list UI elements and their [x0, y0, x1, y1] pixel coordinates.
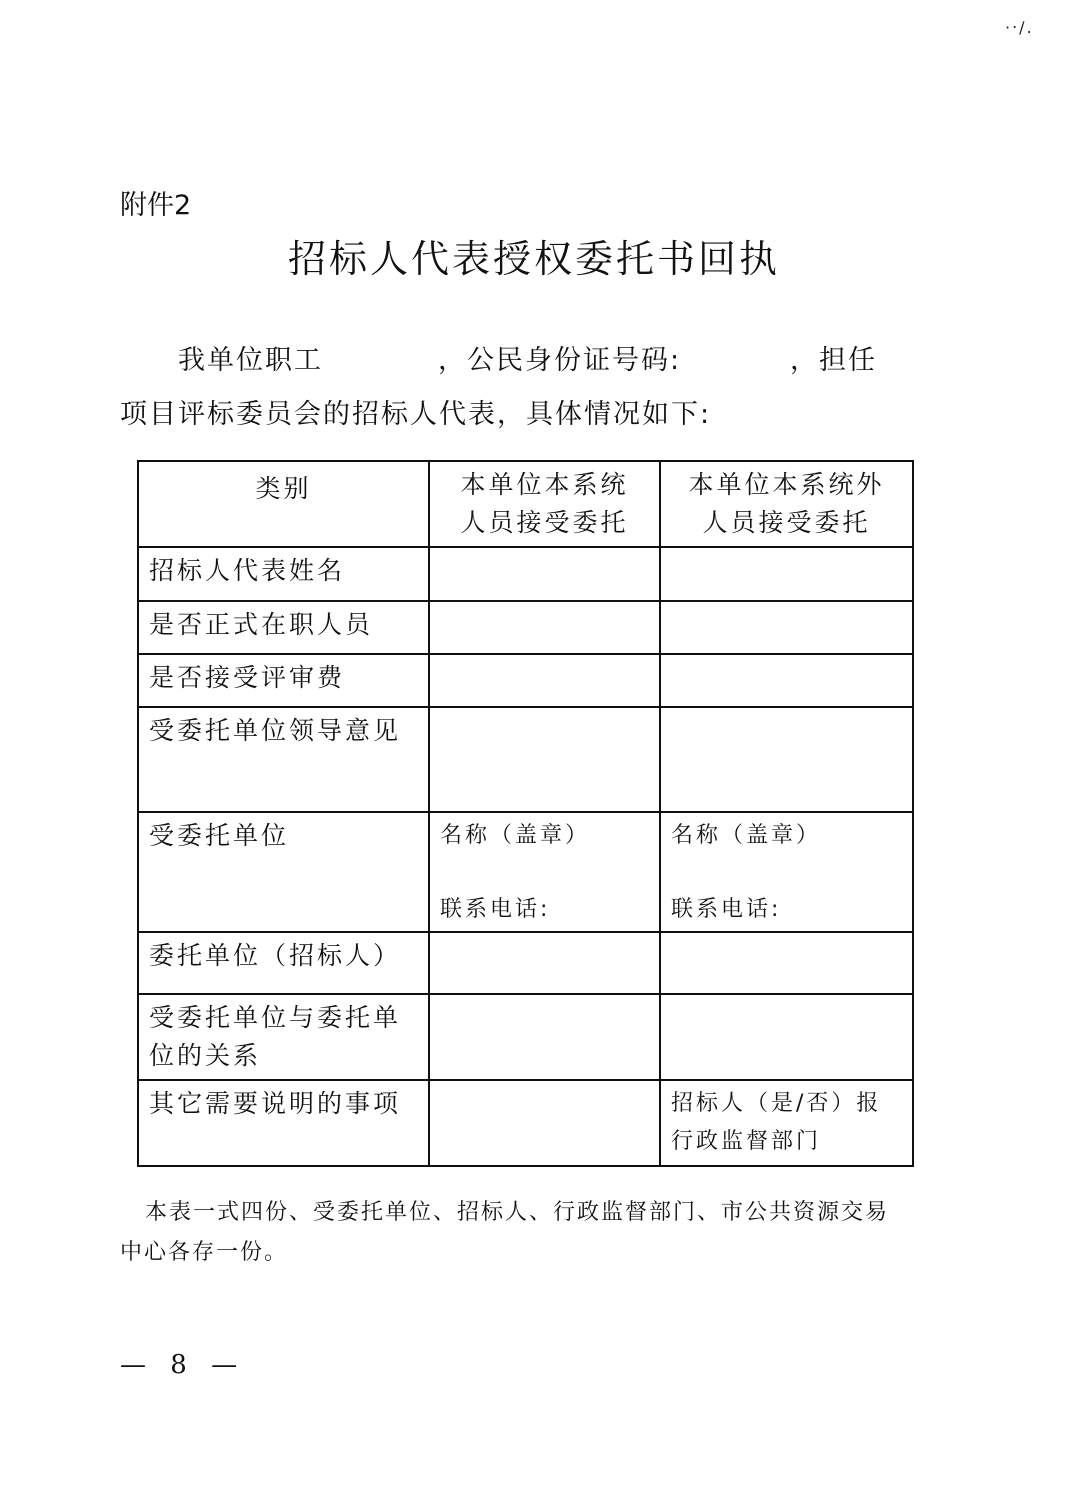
- row-label: 是否接受评审费: [138, 654, 429, 707]
- field-internal[interactable]: [429, 932, 660, 994]
- field-internal[interactable]: [429, 994, 660, 1080]
- table-row: 受委托单位 名称（盖章） 联系电话: 名称（盖章） 联系电话:: [138, 812, 913, 932]
- field-internal-unit[interactable]: 名称（盖章） 联系电话:: [429, 812, 660, 932]
- field-internal[interactable]: [429, 601, 660, 654]
- field-external[interactable]: [660, 547, 913, 601]
- authorization-table: 类别 本单位本系统 人员接受委托 本单位本系统外 人员接受委托 招标人代表姓名 …: [137, 460, 914, 1167]
- footnote-line2: 中心各存一份。: [120, 1235, 288, 1266]
- row-label: 受委托单位与委托单位的关系: [138, 994, 429, 1080]
- table-row: 委托单位（招标人）: [138, 932, 913, 994]
- page-number: — 8 —: [120, 1350, 245, 1380]
- name-seal-label: 名称（盖章）: [671, 817, 902, 855]
- intro-serve-label: ，担任: [790, 338, 877, 377]
- field-external[interactable]: [660, 932, 913, 994]
- header-internal-line2: 人员接受委托: [440, 504, 649, 542]
- field-external-report[interactable]: 招标人（是/否）报行政监督部门: [660, 1080, 913, 1166]
- footnote-line1: 本表一式四份、受委托单位、招标人、行政监督部门、市公共资源交易: [145, 1195, 889, 1226]
- document-title: 招标人代表授权委托书回执: [288, 228, 780, 283]
- header-external: 本单位本系统外 人员接受委托: [660, 461, 913, 547]
- row-label: 招标人代表姓名: [138, 547, 429, 601]
- header-external-line2: 人员接受委托: [671, 504, 902, 542]
- intro-employee-label: 我单位职工: [178, 338, 323, 377]
- header-internal: 本单位本系统 人员接受委托: [429, 461, 660, 547]
- field-internal[interactable]: [429, 707, 660, 812]
- scan-mark: ·‧∕.: [1005, 18, 1034, 37]
- phone-label: 联系电话:: [671, 891, 781, 929]
- table-row: 招标人代表姓名: [138, 547, 913, 601]
- field-internal[interactable]: [429, 654, 660, 707]
- intro-id-label: ，公民身份证号码:: [438, 338, 681, 377]
- phone-label: 联系电话:: [440, 891, 550, 929]
- row-label: 其它需要说明的事项: [138, 1080, 429, 1166]
- header-internal-line1: 本单位本系统: [440, 466, 649, 504]
- header-external-line1: 本单位本系统外: [671, 466, 902, 504]
- attachment-label: 附件2: [120, 183, 191, 222]
- table-row: 受委托单位与委托单位的关系: [138, 994, 913, 1080]
- intro-line2: 项目评标委员会的招标人代表，具体情况如下:: [120, 392, 711, 431]
- table-row: 受委托单位领导意见: [138, 707, 913, 812]
- row-label: 受委托单位: [138, 812, 429, 932]
- field-external[interactable]: [660, 654, 913, 707]
- row-label: 委托单位（招标人）: [138, 932, 429, 994]
- table-row: 是否接受评审费: [138, 654, 913, 707]
- field-external[interactable]: [660, 601, 913, 654]
- field-external-unit[interactable]: 名称（盖章） 联系电话:: [660, 812, 913, 932]
- table-row: 其它需要说明的事项 招标人（是/否）报行政监督部门: [138, 1080, 913, 1166]
- table-row: 是否正式在职人员: [138, 601, 913, 654]
- table-header-row: 类别 本单位本系统 人员接受委托 本单位本系统外 人员接受委托: [138, 461, 913, 547]
- field-internal[interactable]: [429, 547, 660, 601]
- field-external[interactable]: [660, 707, 913, 812]
- row-label: 受委托单位领导意见: [138, 707, 429, 812]
- field-internal[interactable]: [429, 1080, 660, 1166]
- name-seal-label: 名称（盖章）: [440, 817, 649, 855]
- row-label: 是否正式在职人员: [138, 601, 429, 654]
- header-category: 类别: [138, 461, 429, 547]
- field-external[interactable]: [660, 994, 913, 1080]
